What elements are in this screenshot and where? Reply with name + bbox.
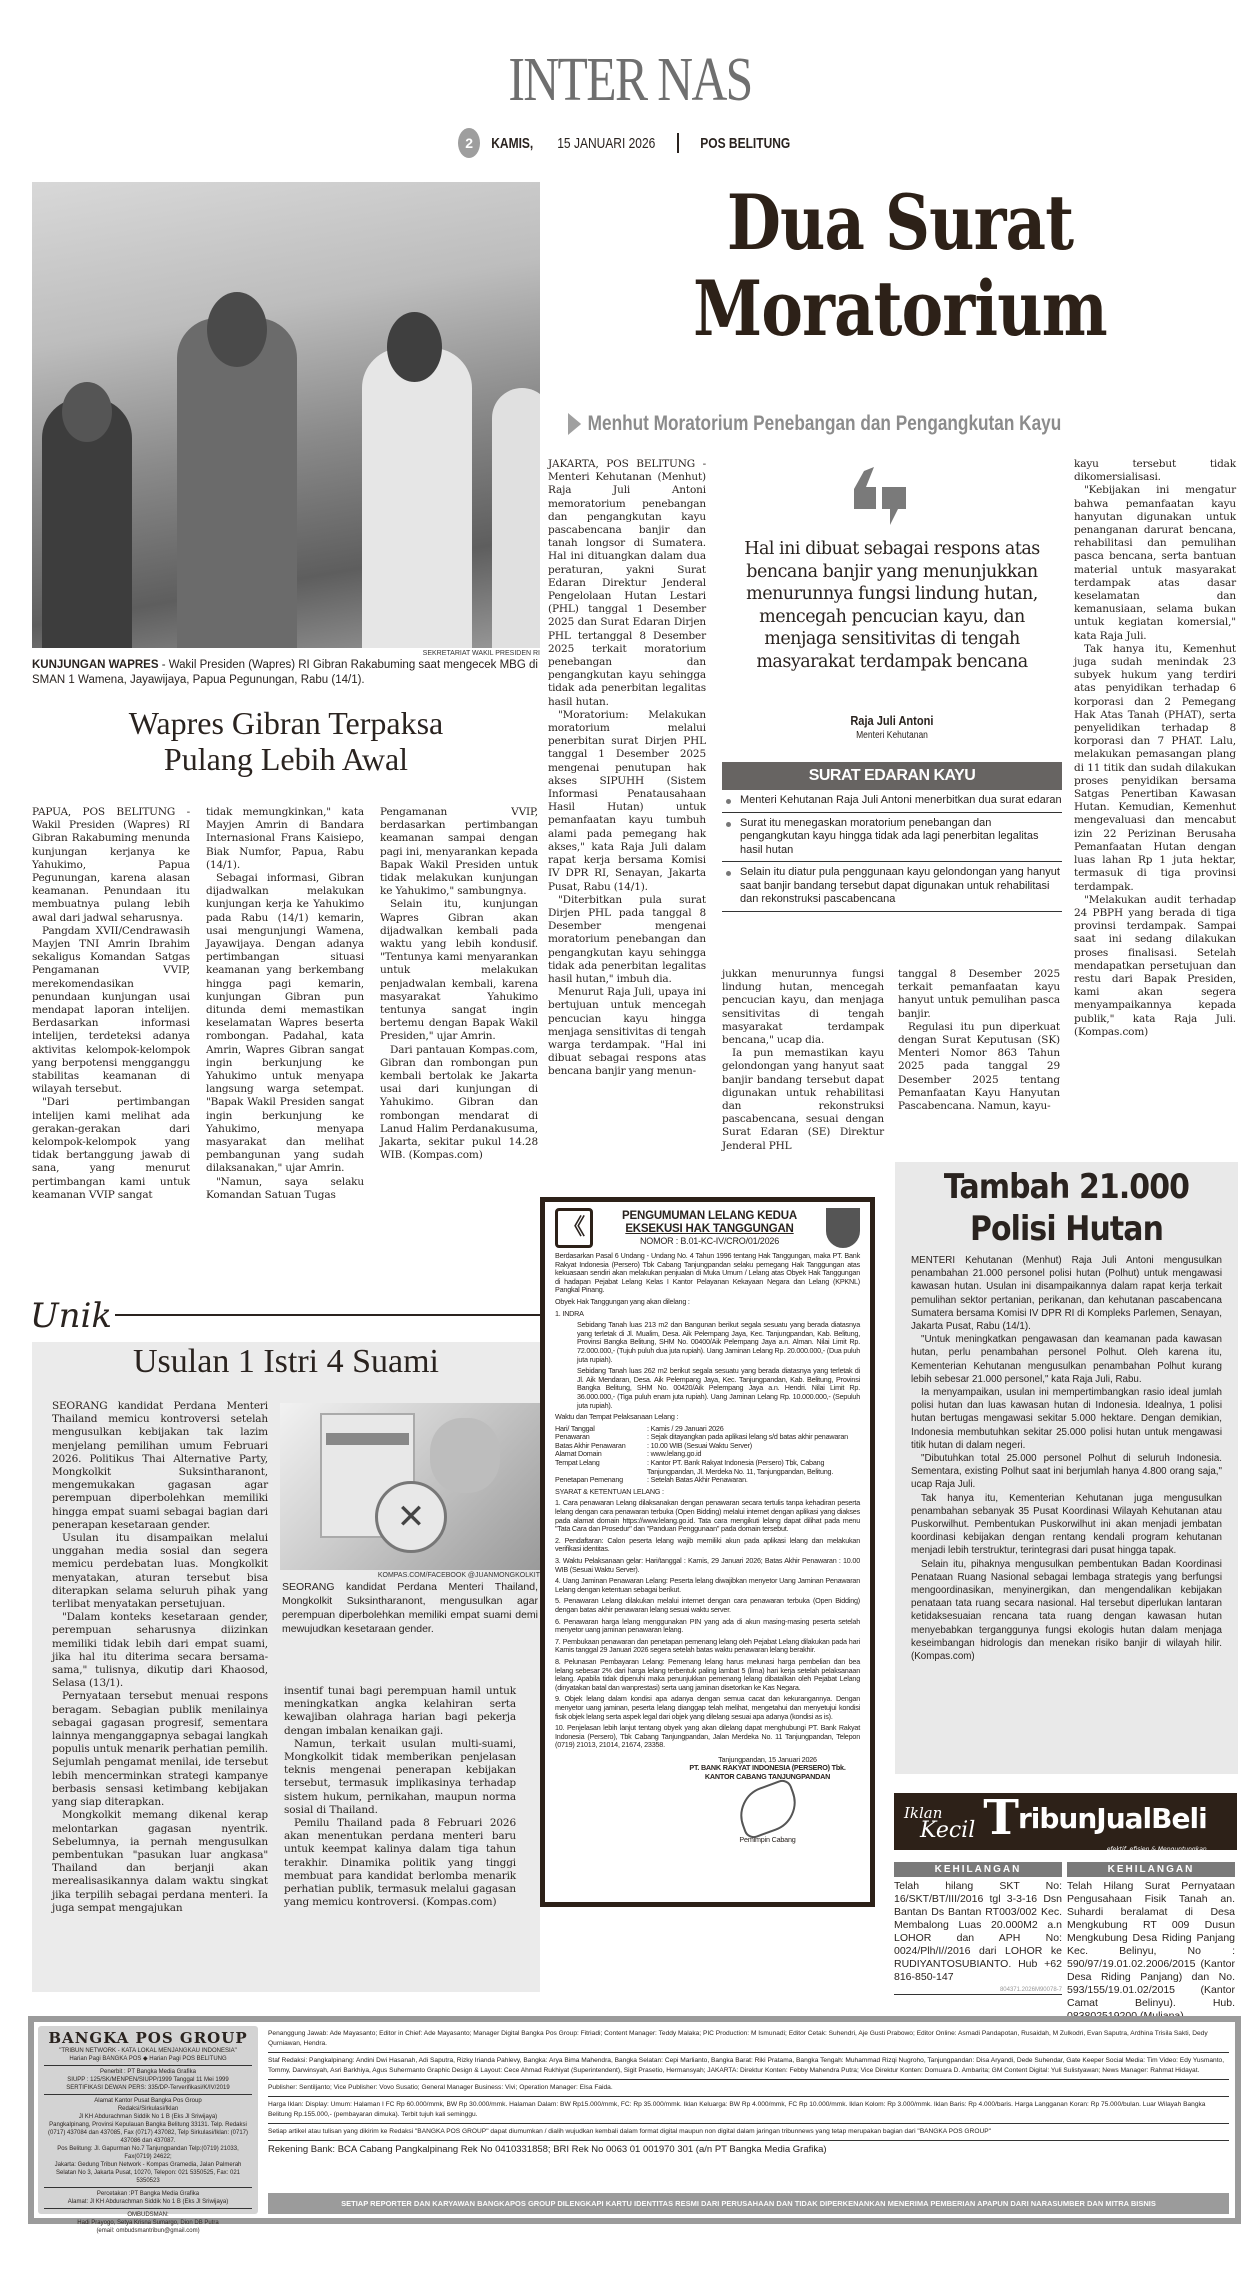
imprint-publisher: BANGKA POS GROUP "TRIBUN NETWORK - KATA … <box>38 2026 258 2214</box>
bri-logo-icon: 《 <box>555 1208 593 1248</box>
main-headline: Dua Surat Moratorium <box>605 180 1195 352</box>
x-mark-icon: ✕ <box>375 1481 447 1553</box>
headline-line: Pulang Lebih Awal <box>32 741 540 777</box>
credits-staff: Staf Redaksi: Pangkalpinang: Andini Dwi … <box>268 2053 1229 2080</box>
date-label: 15 JANUARI 2026 <box>557 135 655 152</box>
notice-title: PENGUMUMAN LELANG KEDUA <box>599 1210 820 1223</box>
page-number-badge: 2 <box>458 128 480 158</box>
bank-info: Rekening Bank: BCA Cabang Pangkalpinang … <box>268 2141 1229 2159</box>
article-column: tanggal 8 Desember 2025 terkait pemanfaa… <box>898 968 1060 1113</box>
article-column: jukkan menurunnya fungsi lindung hutan, … <box>722 968 884 1153</box>
classified-banner: Iklan Kecil TribunJualBeli efektif, efis… <box>894 1793 1237 1850</box>
schedule-row: Tempat Lelang: Kantor PT. Bank Rakyat In… <box>555 1459 860 1476</box>
subheadline: Menhut Moratorium Penebangan dan Pengang… <box>568 412 1126 436</box>
factbox: SURAT EDARAN KAYU Menteri Kehutanan Raja… <box>722 762 1062 912</box>
photo-caption: KUNJUNGAN WAPRES - Wakil Presiden (Wapre… <box>32 658 540 688</box>
photo-credit: KOMPAS.COM/FACEBOOK @JUANMONGKOLKIT <box>280 1572 540 1579</box>
classified-text: Telah Hilang Surat Pernyataan Pengusahaa… <box>1067 1877 1235 2026</box>
term-item: 2. Pendaftaran: Calon peserta lelang waj… <box>555 1537 860 1554</box>
divider <box>115 1314 540 1316</box>
article-column: insentif tunai bagi perempuan hamil untu… <box>284 1685 516 1909</box>
object-item: Sebidang Tanah luas 213 m2 dan Bangunan … <box>555 1321 860 1364</box>
imprint-box: BANGKA POS GROUP "TRIBUN NETWORK - KATA … <box>28 2016 1241 2224</box>
term-item: 4. Uang Jaminan Penawaran Lelang: Pesert… <box>555 1577 860 1594</box>
day-label: KAMIS, <box>491 135 533 152</box>
signature-icon <box>731 1777 803 1841</box>
notice-section-title: Waktu dan Tempat Pelaksanaan Lelang : <box>555 1413 860 1422</box>
wapres-photo <box>32 182 540 648</box>
kemenkeu-logo-icon <box>826 1208 860 1248</box>
headline-line: Dua Surat <box>605 180 1195 266</box>
term-item: 1. Cara penawaran Lelang dilaksanakan de… <box>555 1499 860 1533</box>
classified-title: KEHILANGAN <box>894 1862 1062 1877</box>
term-item: 9. Objek lelang dalam kondisi apa adanya… <box>555 1695 860 1721</box>
term-item: 7. Pembukaan penawaran dan penetapan pem… <box>555 1638 860 1655</box>
unik-headline: Usulan 1 Istri 4 Suami <box>32 1340 540 1384</box>
credits-editors: Penanggung Jawab: Ade Mayasanto; Editor … <box>268 2026 1229 2053</box>
term-item: 3. Waktu Pelaksanaan gelar: Hari/tanggal… <box>555 1557 860 1574</box>
tribun-jual-beli-logo: TribunJualBeli efektif, efisien & Mengun… <box>983 1790 1206 1853</box>
quote-mark-icon <box>850 465 910 525</box>
term-item: 8. Pelunasan Pembayaran Lelang: Pemenang… <box>555 1658 860 1692</box>
factbox-title: SURAT EDARAN KAYU <box>722 762 1062 790</box>
classified-ad: KEHILANGAN Telah hilang SKT No: 16/SKT/B… <box>894 1862 1062 1995</box>
section-masthead: INTER NAS <box>0 40 1260 120</box>
unik-rubric: Unik <box>30 1296 112 1336</box>
photo-caption: SEORANG kandidat Perdana Menteri Thailan… <box>282 1580 538 1636</box>
iklan-kecil-label: Iklan Kecil <box>904 1805 975 1839</box>
headline-line: Wapres Gibran Terpaksa <box>32 705 540 741</box>
polisi-headline: Tambah 21.000 Polisi Hutan <box>930 1166 1204 1250</box>
credits-business: Publisher: Sentiljanto; Vice Publisher: … <box>268 2080 1229 2097</box>
schedule-row: Penetapan Pemenang: Setelah Batas Akhir … <box>555 1476 860 1485</box>
factbox-item: Menteri Kehutanan Raja Juli Antoni mener… <box>722 790 1062 813</box>
article-column: JAKARTA, POS BELITUNG - Menteri Kehutana… <box>548 458 706 1079</box>
caption-lead: KUNJUNGAN WAPRES <box>32 659 159 671</box>
pull-quote: Hal ini dibuat sebagai respons atas benc… <box>722 538 1062 674</box>
wapres-headline: Wapres Gibran Terpaksa Pulang Lebih Awal <box>32 705 540 777</box>
object-item: Sebidang Tanah luas 262 m2 berikut segal… <box>555 1367 860 1410</box>
classified-title: KEHILANGAN <box>1067 1862 1235 1877</box>
triangle-icon <box>568 413 581 435</box>
signature-block: Tanjungpandan, 15 Januari 2026 PT. BANK … <box>675 1756 860 1844</box>
headline-line: Moratorium <box>605 266 1195 352</box>
section-rubric: INTER NAS <box>508 40 751 120</box>
notice-number: NOMOR : B.01-KC-IV/CRO/01/2026 <box>599 1236 820 1247</box>
article-column: SEORANG kandidat Perdana Menteri Thailan… <box>52 1400 268 1915</box>
divider <box>677 133 679 153</box>
person-face <box>430 1418 500 1493</box>
classified-ad: KEHILANGAN Telah Hilang Surat Pernyataan… <box>1067 1862 1235 2034</box>
photo-credit: SEKRETARIAT WAKIL PRESIDEN RI <box>32 650 540 657</box>
notice-section-title: SYARAT & KETENTUAN LELANG : <box>555 1488 860 1497</box>
paper-name: POS BELITUNG <box>701 135 791 152</box>
group-brand: BANGKA POS GROUP <box>44 2030 252 2047</box>
article-column: Pengamanan VVIP, berdasarkan pertimbanga… <box>380 806 538 1162</box>
term-item: 5. Penawaran Lelang dilakukan melalui in… <box>555 1597 860 1614</box>
classified-code: 804371.2026M90078-7 <box>894 1987 1062 1995</box>
classified-text: Telah hilang SKT No: 16/SKT/BT/III/2016 … <box>894 1877 1062 1987</box>
term-item: 10. Penjelasan lebih lanjut tentang obye… <box>555 1724 860 1750</box>
polisi-body: MENTERI Kehutanan (Menhut) Raja Juli Ant… <box>911 1254 1222 1663</box>
quote-attribution: Raja Juli Antoni Menteri Kehutanan <box>722 712 1062 741</box>
factbox-item: Surat itu menegaskan moratorium penebang… <box>722 813 1062 863</box>
factbox-item: Selain itu diatur pula penggunaan kayu g… <box>722 862 1062 912</box>
article-column: PAPUA, POS BELITUNG - Wakil Presiden (Wa… <box>32 806 190 1202</box>
reporter-warning: SETIAP REPORTER DAN KARYAWAN BANGKAPOS G… <box>268 2193 1229 2214</box>
polisi-box: Tambah 21.000 Polisi Hutan MENTERI Kehut… <box>895 1162 1238 1774</box>
dateline: 2 KAMIS, 15 JANUARI 2026 POS BELITUNG <box>0 128 1260 158</box>
notice-subtitle: EKSEKUSI HAK TANGGUNGAN <box>599 1223 820 1236</box>
article-column: kayu tersebut tidak dikomersialisasi. "K… <box>1074 458 1236 1039</box>
notice-section-title: Obyek Hak Tanggungan yang akan dilelang … <box>555 1298 860 1307</box>
unik-photo: ✕ <box>280 1403 540 1570</box>
ad-prices: Harga Iklan: Display: Umum: Halaman I FC… <box>268 2097 1229 2124</box>
debtor-name: 1. INDRA <box>555 1310 860 1319</box>
quote-title: Menteri Kehutanan <box>748 730 1037 741</box>
copyright-notice: Setiap artikel atau tulisan yang dikirim… <box>268 2124 1229 2141</box>
imprint-staff: Penanggung Jawab: Ade Mayasanto; Editor … <box>262 2022 1235 2218</box>
auction-notice: 《 PENGUMUMAN LELANG KEDUA EKSEKUSI HAK T… <box>540 1197 875 1907</box>
article-column: tidak memungkinkan," kata Mayjen Amrin d… <box>206 806 364 1202</box>
notice-intro: Berdasarkan Pasal 6 Undang - Undang No. … <box>555 1252 860 1295</box>
term-item: 6. Penawaran harga lelang menggunakan PI… <box>555 1618 860 1635</box>
quote-name: Raja Juli Antoni <box>850 713 933 728</box>
